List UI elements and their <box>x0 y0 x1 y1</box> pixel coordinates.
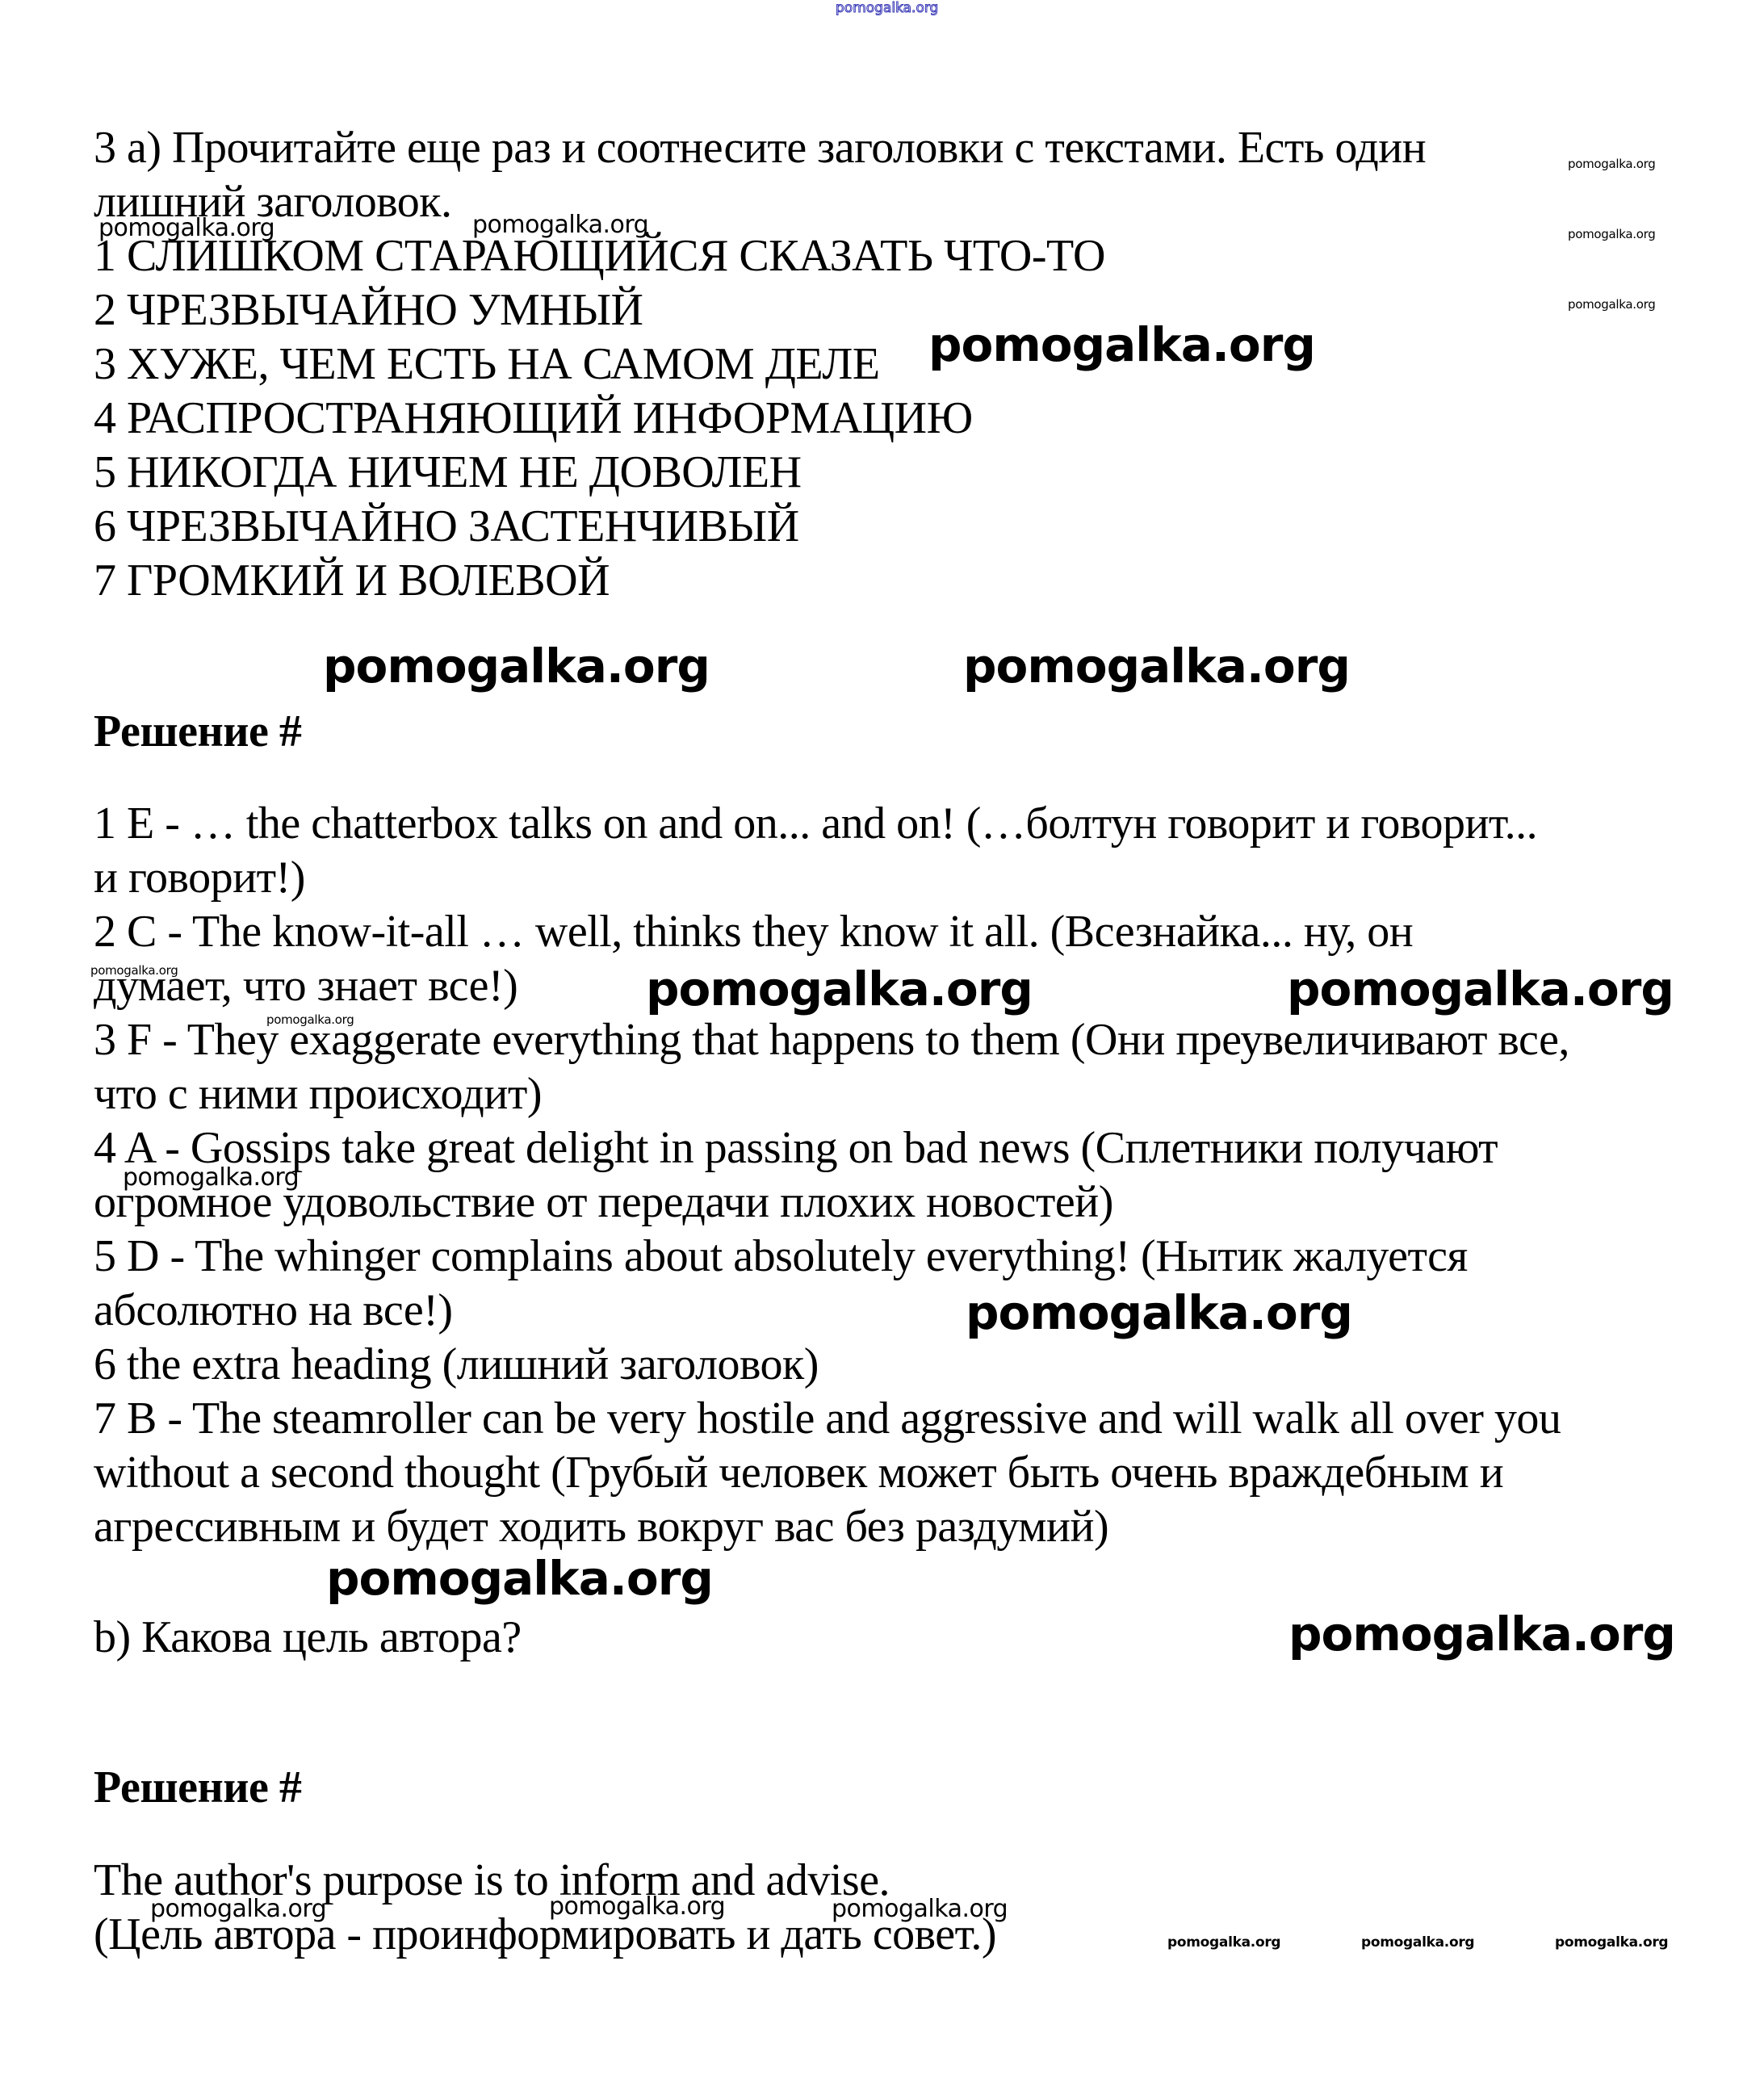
solution-a-title: Решение # <box>94 709 301 754</box>
solution-line: 1 E - … the chatterbox talks on and on..… <box>94 801 1537 846</box>
watermark: pomogalka.org <box>1555 1936 1668 1950</box>
watermark: pomogalka.org <box>549 1895 725 1919</box>
watermark: pomogalka.org <box>1568 158 1655 170</box>
solution-line: 2 C - The know-it-all … well, thinks the… <box>94 909 1413 954</box>
heading-item: 5 НИКОГДА НИЧЕМ НЕ ДОВОЛЕН <box>94 450 802 495</box>
solution-line: абсолютно на все!) <box>94 1288 453 1333</box>
heading-item: 3 ХУЖЕ, ЧЕМ ЕСТЬ НА САМОМ ДЕЛЕ <box>94 342 880 387</box>
heading-item: 6 ЧРЕЗВЫЧАЙНО ЗАСТЕНЧИВЫЙ <box>94 504 799 549</box>
top-watermark: pomogalka.org <box>836 0 938 16</box>
watermark: pomogalka.org <box>1167 1936 1280 1950</box>
watermark: pomogalka.org <box>1288 1611 1675 1657</box>
watermark: pomogalka.org <box>98 216 274 241</box>
watermark: pomogalka.org <box>90 965 178 977</box>
heading-item: 2 ЧРЕЗВЫЧАЙНО УМНЫЙ <box>94 287 643 333</box>
solution-line: агрессивным и будет ходить вокруг вас бе… <box>94 1504 1108 1549</box>
watermark: pomogalka.org <box>323 643 710 689</box>
solution-line: 4 A - Gossips take great delight in pass… <box>94 1125 1498 1171</box>
solution-line: и говорит!) <box>94 855 305 900</box>
watermark: pomogalka.org <box>966 1289 1352 1336</box>
watermark: pomogalka.org <box>963 643 1350 689</box>
solution-line: 7 B - The steamroller can be very hostil… <box>94 1396 1561 1441</box>
document-page: pomogalka.org 3 a) Прочитайте еще раз и … <box>0 0 1764 2091</box>
solution-line: 5 D - The whinger complains about absolu… <box>94 1234 1468 1279</box>
heading-item: 7 ГРОМКИЙ И ВОЛЕВОЙ <box>94 558 610 603</box>
heading-item: 4 РАСПРОСТРАНЯЮЩИЙ ИНФОРМАЦИЮ <box>94 396 973 441</box>
watermark: pomogalka.org <box>928 321 1315 368</box>
watermark: pomogalka.org <box>150 1897 326 1921</box>
watermark: pomogalka.org <box>832 1897 1008 1921</box>
watermark: pomogalka.org <box>1568 299 1655 311</box>
solution-line: without a second thought (Грубый человек… <box>94 1450 1503 1495</box>
watermark: pomogalka.org <box>1287 966 1674 1012</box>
solution-b-title: Решение # <box>94 1765 301 1810</box>
watermark: pomogalka.org <box>646 966 1033 1012</box>
watermark: pomogalka.org <box>326 1555 713 1602</box>
task-b-prompt: b) Какова цель автора? <box>94 1615 522 1660</box>
watermark: pomogalka.org <box>472 213 648 237</box>
solution-line: 6 the extra heading (лишний заголовок) <box>94 1342 819 1387</box>
watermark: pomogalka.org <box>266 1014 354 1026</box>
solution-line: что с ними происходит) <box>94 1071 542 1117</box>
watermark: pomogalka.org <box>1568 228 1655 241</box>
watermark: pomogalka.org <box>1361 1936 1474 1950</box>
watermark: pomogalka.org <box>123 1166 299 1190</box>
task-a-prompt-line-1: 3 a) Прочитайте еще раз и соотнесите заг… <box>94 125 1426 170</box>
